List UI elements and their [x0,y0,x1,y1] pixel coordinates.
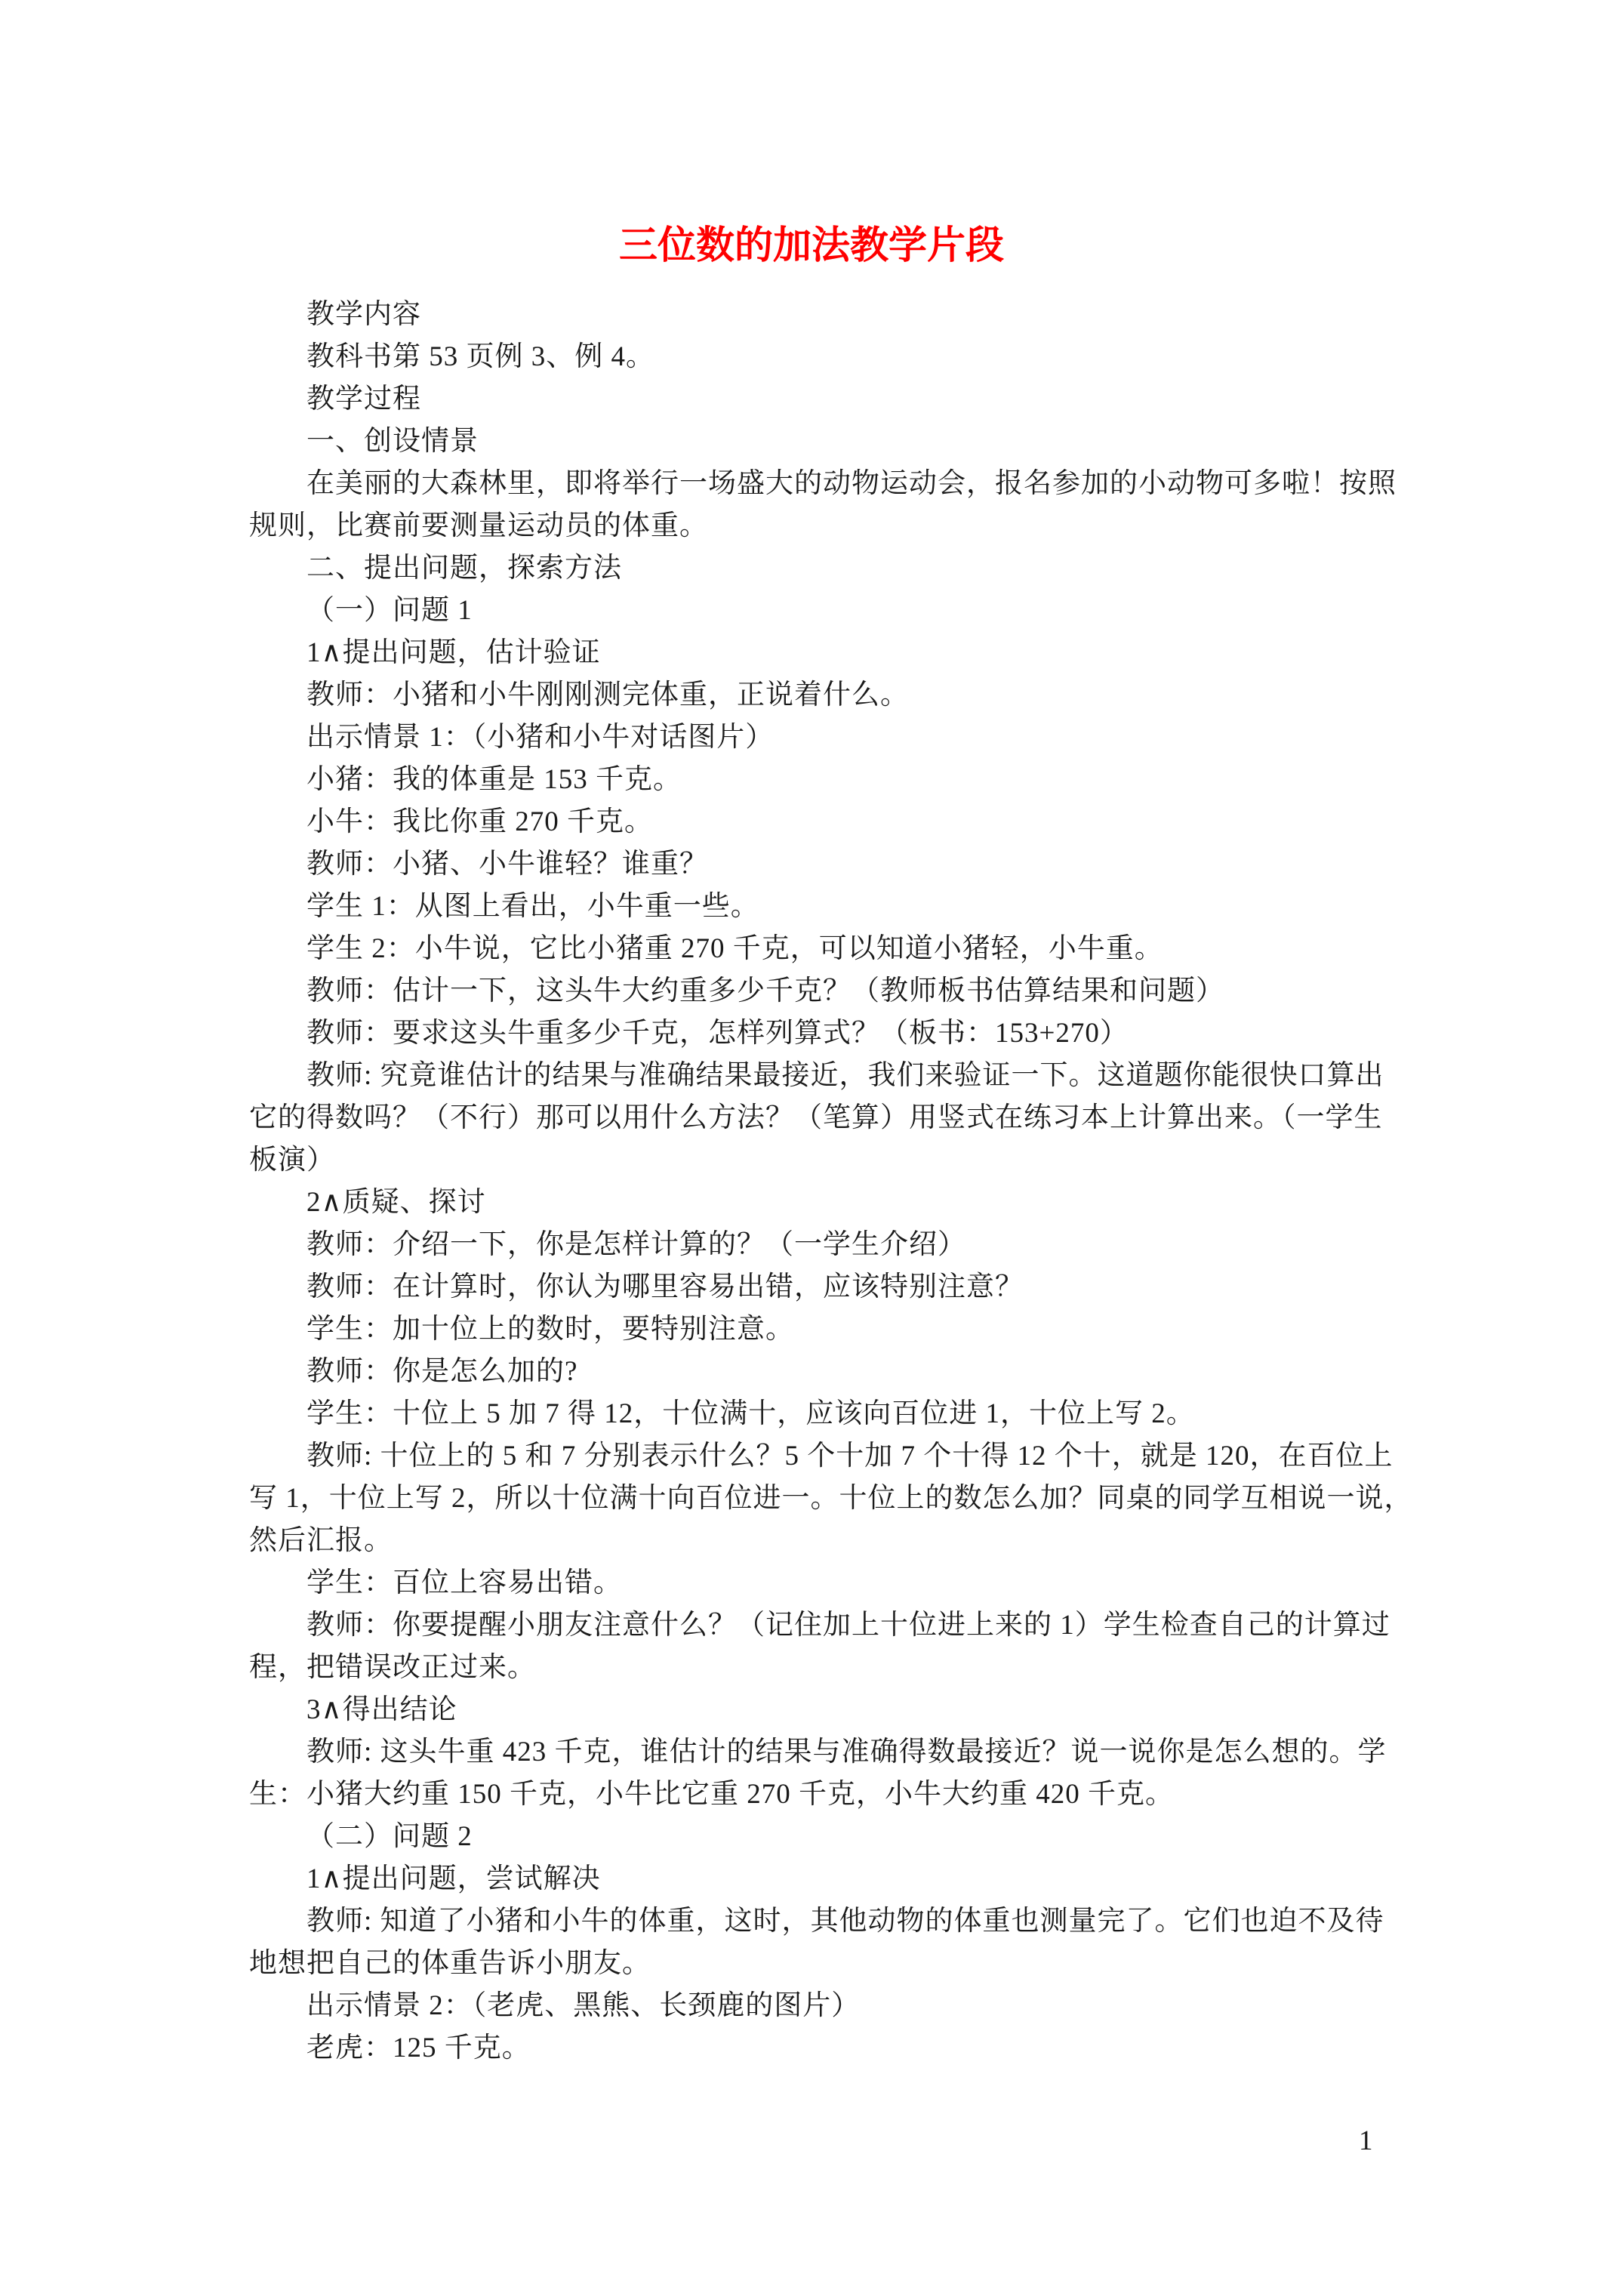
text-line: 一、创设情景 [249,421,1381,463]
text-line: 教师：要求这头牛重多少千克，怎样列算式？（板书：153+270） [249,1012,1381,1055]
text-line: 教师: 知道了小猪和小牛的体重，这时，其他动物的体重也测量完了。它们也迫不及待 [249,1900,1381,1943]
text-line: 教师：估计一下，这头牛大约重多少千克？（教师板书估算结果和问题） [249,970,1381,1012]
text-line: 出示情景 2：（老虎、黑熊、长颈鹿的图片） [249,1985,1381,2027]
text-line: 教师：你要提醒小朋友注意什么？（记住加上十位进上来的 1）学生检查自己的计算过 [249,1604,1381,1647]
text-line: 教师: 这头牛重 423 千克，谁估计的结果与准确得数最接近？说一说你是怎么想的… [249,1731,1381,1774]
text-line: 教师：你是怎么加的? [249,1351,1381,1393]
text-line: 学生 1：从图上看出，小牛重一些。 [249,886,1381,928]
text-line: 写 1，十位上写 2，所以十位满十向百位进一。十位上的数怎么加？同桌的同学互相说… [249,1478,1381,1520]
document-page: 三位数的加法教学片段 教学内容教科书第 53 页例 3、例 4。教学过程一、创设… [0,0,1623,2296]
text-line: 程，把错误改正过来。 [249,1647,1381,1689]
text-line: 教学过程 [249,378,1381,421]
text-line: 在美丽的大森林里，即将举行一场盛大的动物运动会，报名参加的小动物可多啦！按照 [249,463,1381,505]
text-line: 老虎：125 千克。 [249,2027,1381,2069]
text-line: 教师：介绍一下，你是怎样计算的？（一学生介绍） [249,1224,1381,1266]
text-line: 1∧提出问题，尝试解决 [249,1858,1381,1900]
text-line: 教师：在计算时，你认为哪里容易出错，应该特别注意？ [249,1266,1381,1308]
text-line: 教学内容 [249,294,1381,336]
text-line: 生：小猪大约重 150 千克，小牛比它重 270 千克，小牛大约重 420 千克… [249,1774,1381,1816]
text-line: 2∧质疑、探讨 [249,1182,1381,1224]
text-line: 出示情景 1：（小猪和小牛对话图片） [249,717,1381,759]
text-line: 教师：小猪、小牛谁轻？谁重？ [249,843,1381,886]
page-number: 1 [1359,2123,1404,2159]
text-line: 规则，比赛前要测量运动员的体重。 [249,505,1381,547]
document-title: 三位数的加法教学片段 [0,214,1623,270]
text-line: 3∧得出结论 [249,1689,1381,1731]
text-line: 学生：十位上 5 加 7 得 12，十位满十，应该向百位进 1，十位上写 2。 [249,1393,1381,1435]
text-line: 然后汇报。 [249,1520,1381,1562]
text-line: 1∧提出问题，估计验证 [249,632,1381,674]
text-line: 二、提出问题，探索方法 [249,547,1381,590]
text-line: 教科书第 53 页例 3、例 4。 [249,336,1381,378]
text-line: 小牛：我比你重 270 千克。 [249,801,1381,843]
text-line: 学生 2：小牛说，它比小猪重 270 千克，可以知道小猪轻，小牛重。 [249,928,1381,970]
text-line: 地想把自己的体重告诉小朋友。 [249,1943,1381,1985]
text-line: 学生：加十位上的数时，要特别注意。 [249,1308,1381,1351]
text-line: （一）问题 1 [249,590,1381,632]
text-line: 教师: 究竟谁估计的结果与准确结果最接近，我们来验证一下。这道题你能很快口算出 [249,1055,1381,1097]
text-line: 学生：百位上容易出错。 [249,1562,1381,1604]
text-line: （二）问题 2 [249,1816,1381,1858]
text-line: 小猪：我的体重是 153 千克。 [249,759,1381,801]
document-body: 教学内容教科书第 53 页例 3、例 4。教学过程一、创设情景在美丽的大森林里，… [249,294,1381,2069]
text-line: 教师: 十位上的 5 和 7 分别表示什么？5 个十加 7 个十得 12 个十，… [249,1435,1381,1478]
text-line: 它的得数吗？（不行）那可以用什么方法？（笔算）用竖式在练习本上计算出来。（一学生 [249,1097,1381,1139]
text-line: 教师：小猪和小牛刚刚测完体重，正说着什么。 [249,674,1381,717]
text-line: 板演） [249,1139,1381,1182]
